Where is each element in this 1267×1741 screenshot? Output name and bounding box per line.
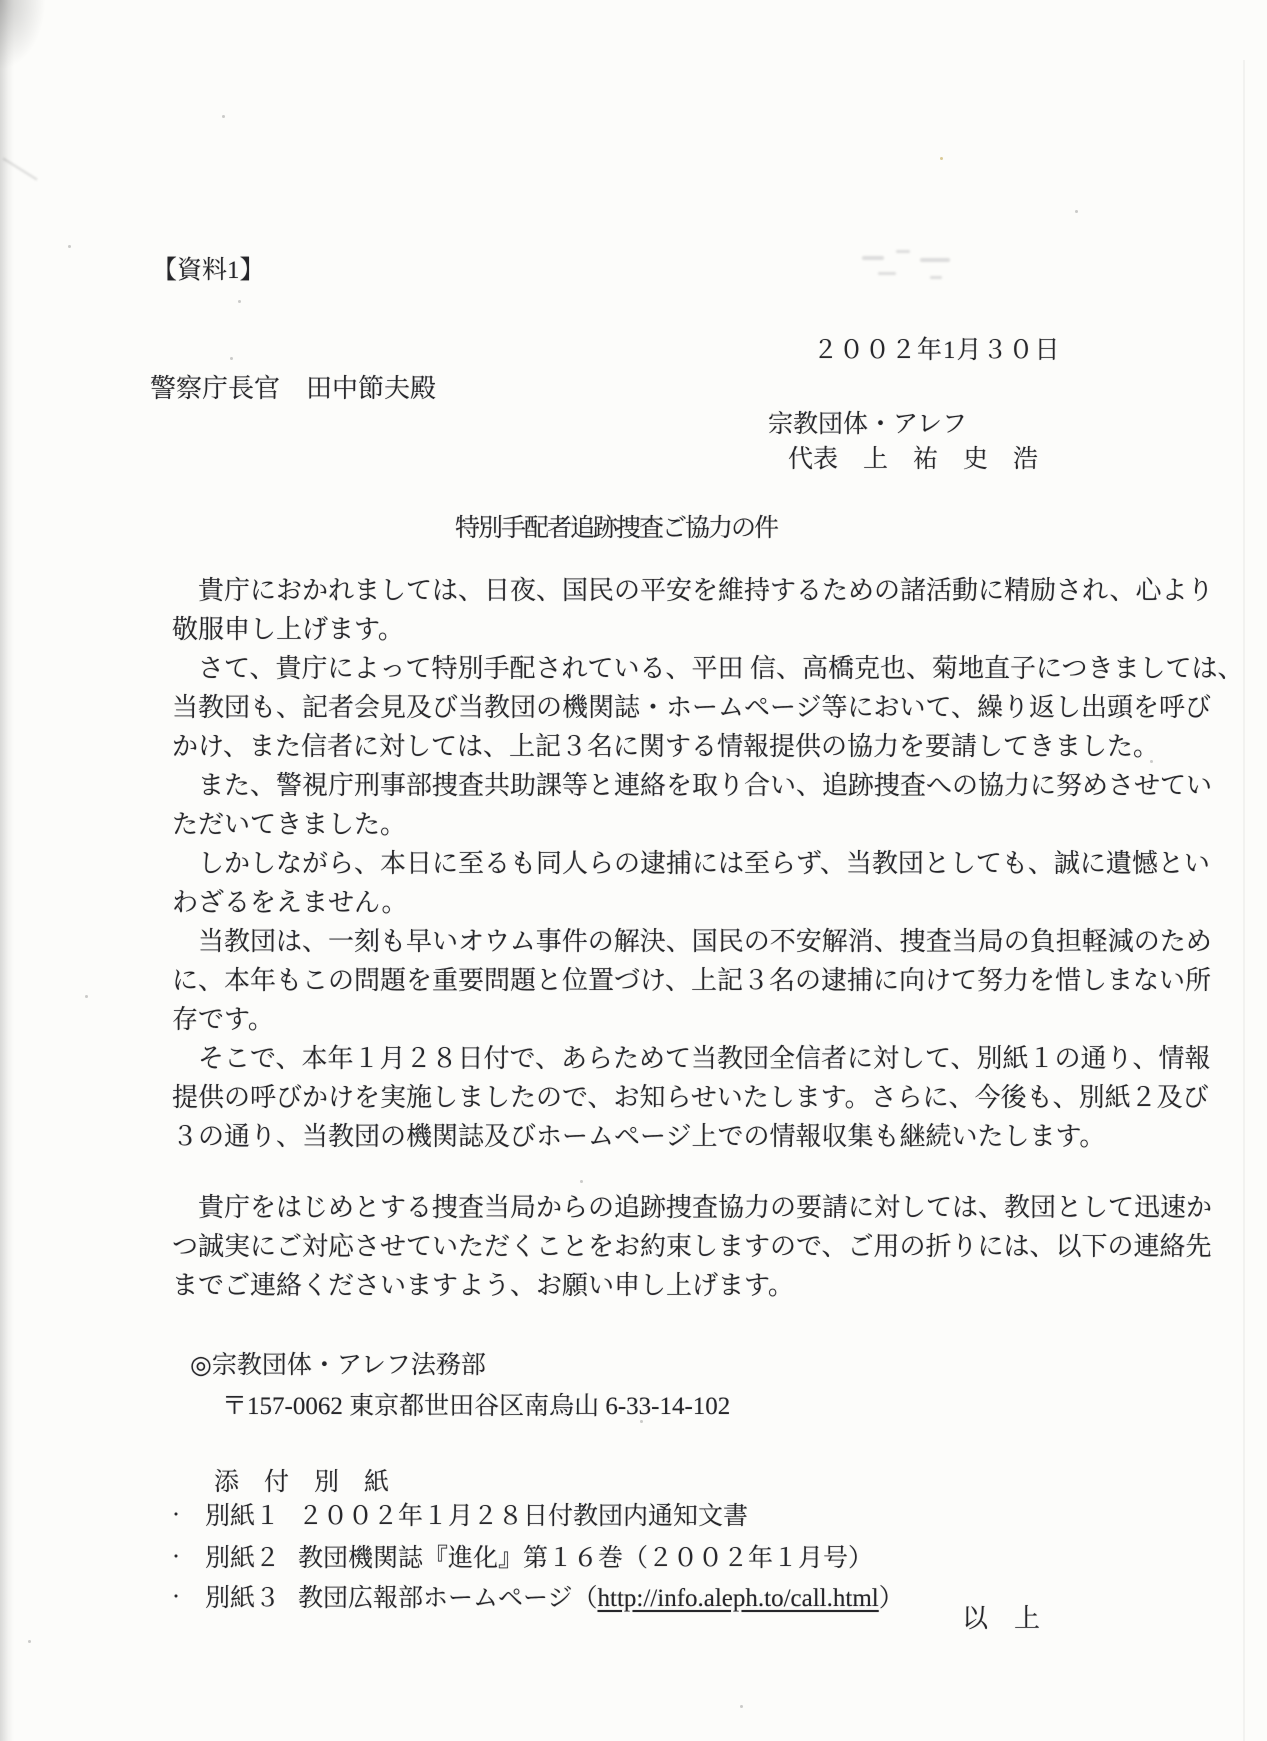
attachment-text: 教団広報部ホームページ（http://info.aleph.to/call.ht… bbox=[298, 1578, 904, 1614]
scan-edge-line bbox=[1243, 60, 1245, 1741]
sender-organization: 宗教団体・アレフ bbox=[768, 404, 967, 440]
bullet-icon: ・ bbox=[168, 1502, 184, 1525]
body-line: 当教団は、一刻も早いオウム事件の解決、国民の不安解消、捜査当局の負担軽減のため bbox=[172, 921, 1118, 958]
closing-phrase: 以 上 bbox=[962, 1598, 1040, 1635]
pencil-smudge bbox=[878, 272, 896, 275]
attachment-text-suffix: ） bbox=[879, 1585, 904, 1612]
document-title: 特別手配者追跡捜査ご協力の件 bbox=[455, 508, 777, 544]
body-line: 存です。 bbox=[172, 999, 1118, 1036]
body-line: ３の通り、当教団の機関誌及びホームページ上での情報収集も継続いたします。 bbox=[172, 1116, 1118, 1153]
scan-edge-shadow bbox=[0, 0, 14, 1741]
scan-speck bbox=[580, 1180, 583, 1183]
scan-speck bbox=[1075, 210, 1078, 213]
attachment-label: 別紙１ bbox=[205, 1496, 280, 1532]
scan-speck bbox=[85, 995, 88, 998]
body-line: 貴庁をはじめとする捜査当局からの追跡捜査協力の要請に対しては、教団として迅速か bbox=[172, 1187, 1118, 1224]
body-line: 敬服申し上げます。 bbox=[172, 609, 1118, 646]
pencil-smudge bbox=[920, 258, 950, 262]
body-line: また、警視庁刑事部捜査共助課等と連絡を取り合い、追跡捜査への協力に努めさせてい bbox=[172, 765, 1118, 802]
attachments-header: 添 付 別 紙 bbox=[214, 1462, 389, 1498]
attachment-url: http://info.aleph.to/call.html bbox=[598, 1585, 879, 1612]
body-line: かけ、また信者に対しては、上記３名に関する情報提供の協力を要請してきました。 bbox=[172, 726, 1118, 763]
scan-speck bbox=[68, 245, 71, 248]
sender-representative: 代表 上 祐 史 浩 bbox=[788, 439, 1038, 475]
document-label: 【資料1】 bbox=[152, 250, 265, 286]
body-line: までご連絡くださいますよう、お願い申し上げます。 bbox=[172, 1265, 1118, 1302]
scan-speck bbox=[28, 1640, 31, 1643]
body-line: ただいてきました。 bbox=[172, 804, 1118, 841]
attachment-text-prefix: 教団広報部ホームページ（ bbox=[298, 1585, 598, 1612]
body-line: そこで、本年１月２８日付で、あらためて当教団全信者に対して、別紙１の通り、情報 bbox=[172, 1038, 1118, 1075]
scan-speck bbox=[940, 157, 943, 160]
contact-address: 〒157-0062 東京都世田谷区南烏山 6-33-14-102 bbox=[222, 1386, 730, 1422]
recipient-line: 警察庁長官 田中節夫殿 bbox=[150, 368, 436, 405]
attachment-label: 別紙２ bbox=[205, 1538, 280, 1574]
contact-department: ◎宗教団体・アレフ法務部 bbox=[190, 1345, 486, 1381]
scan-speck bbox=[230, 357, 233, 360]
scan-speck bbox=[222, 115, 225, 118]
body-line: 貴庁におかれましては、日夜、国民の平安を維持するための諸活動に精励され、心より bbox=[172, 570, 1118, 607]
body-line: つ誠実にご対応させていただくことをお約束しますので、ご用の折りには、以下の連絡先 bbox=[172, 1226, 1118, 1263]
pencil-smudge bbox=[930, 276, 942, 279]
bullet-icon: ・ bbox=[168, 1544, 184, 1567]
attachment-text: ２００２年１月２８日付教団内通知文書 bbox=[298, 1496, 748, 1532]
scan-speck bbox=[238, 300, 241, 303]
body-line: さて、貴庁によって特別手配されている、平田 信、高橋克也、菊地直子につきましては… bbox=[172, 648, 1118, 685]
attachment-label: 別紙３ bbox=[205, 1578, 280, 1614]
scanned-document-page: 【資料1】 ２００２年1月３０日 警察庁長官 田中節夫殿 宗教団体・アレフ 代表… bbox=[0, 0, 1267, 1741]
bullet-icon: ・ bbox=[168, 1584, 184, 1607]
pencil-smudge bbox=[896, 250, 910, 253]
scan-speck bbox=[740, 1705, 743, 1708]
attachment-text: 教団機関誌『進化』第１６巻（２００２年１月号） bbox=[298, 1538, 873, 1574]
document-date: ２００２年1月３０日 bbox=[813, 330, 1061, 366]
scan-corner-shadow bbox=[0, 0, 46, 70]
body-line: しかしながら、本日に至るも同人らの逮捕には至らず、当教団としても、誠に遺憾とい bbox=[172, 843, 1118, 880]
body-line: わざるをえません。 bbox=[172, 882, 1118, 919]
body-line: 提供の呼びかけを実施しましたので、お知らせいたします。さらに、今後も、別紙２及び bbox=[172, 1077, 1118, 1114]
body-line: 当教団も、記者会見及び当教団の機関誌・ホームページ等において、繰り返し出頭を呼び bbox=[172, 687, 1118, 724]
body-line: に、本年もこの問題を重要問題と位置づけ、上記３名の逮捕に向けて努力を惜しまない所 bbox=[172, 960, 1118, 997]
pencil-smudge bbox=[862, 256, 884, 260]
